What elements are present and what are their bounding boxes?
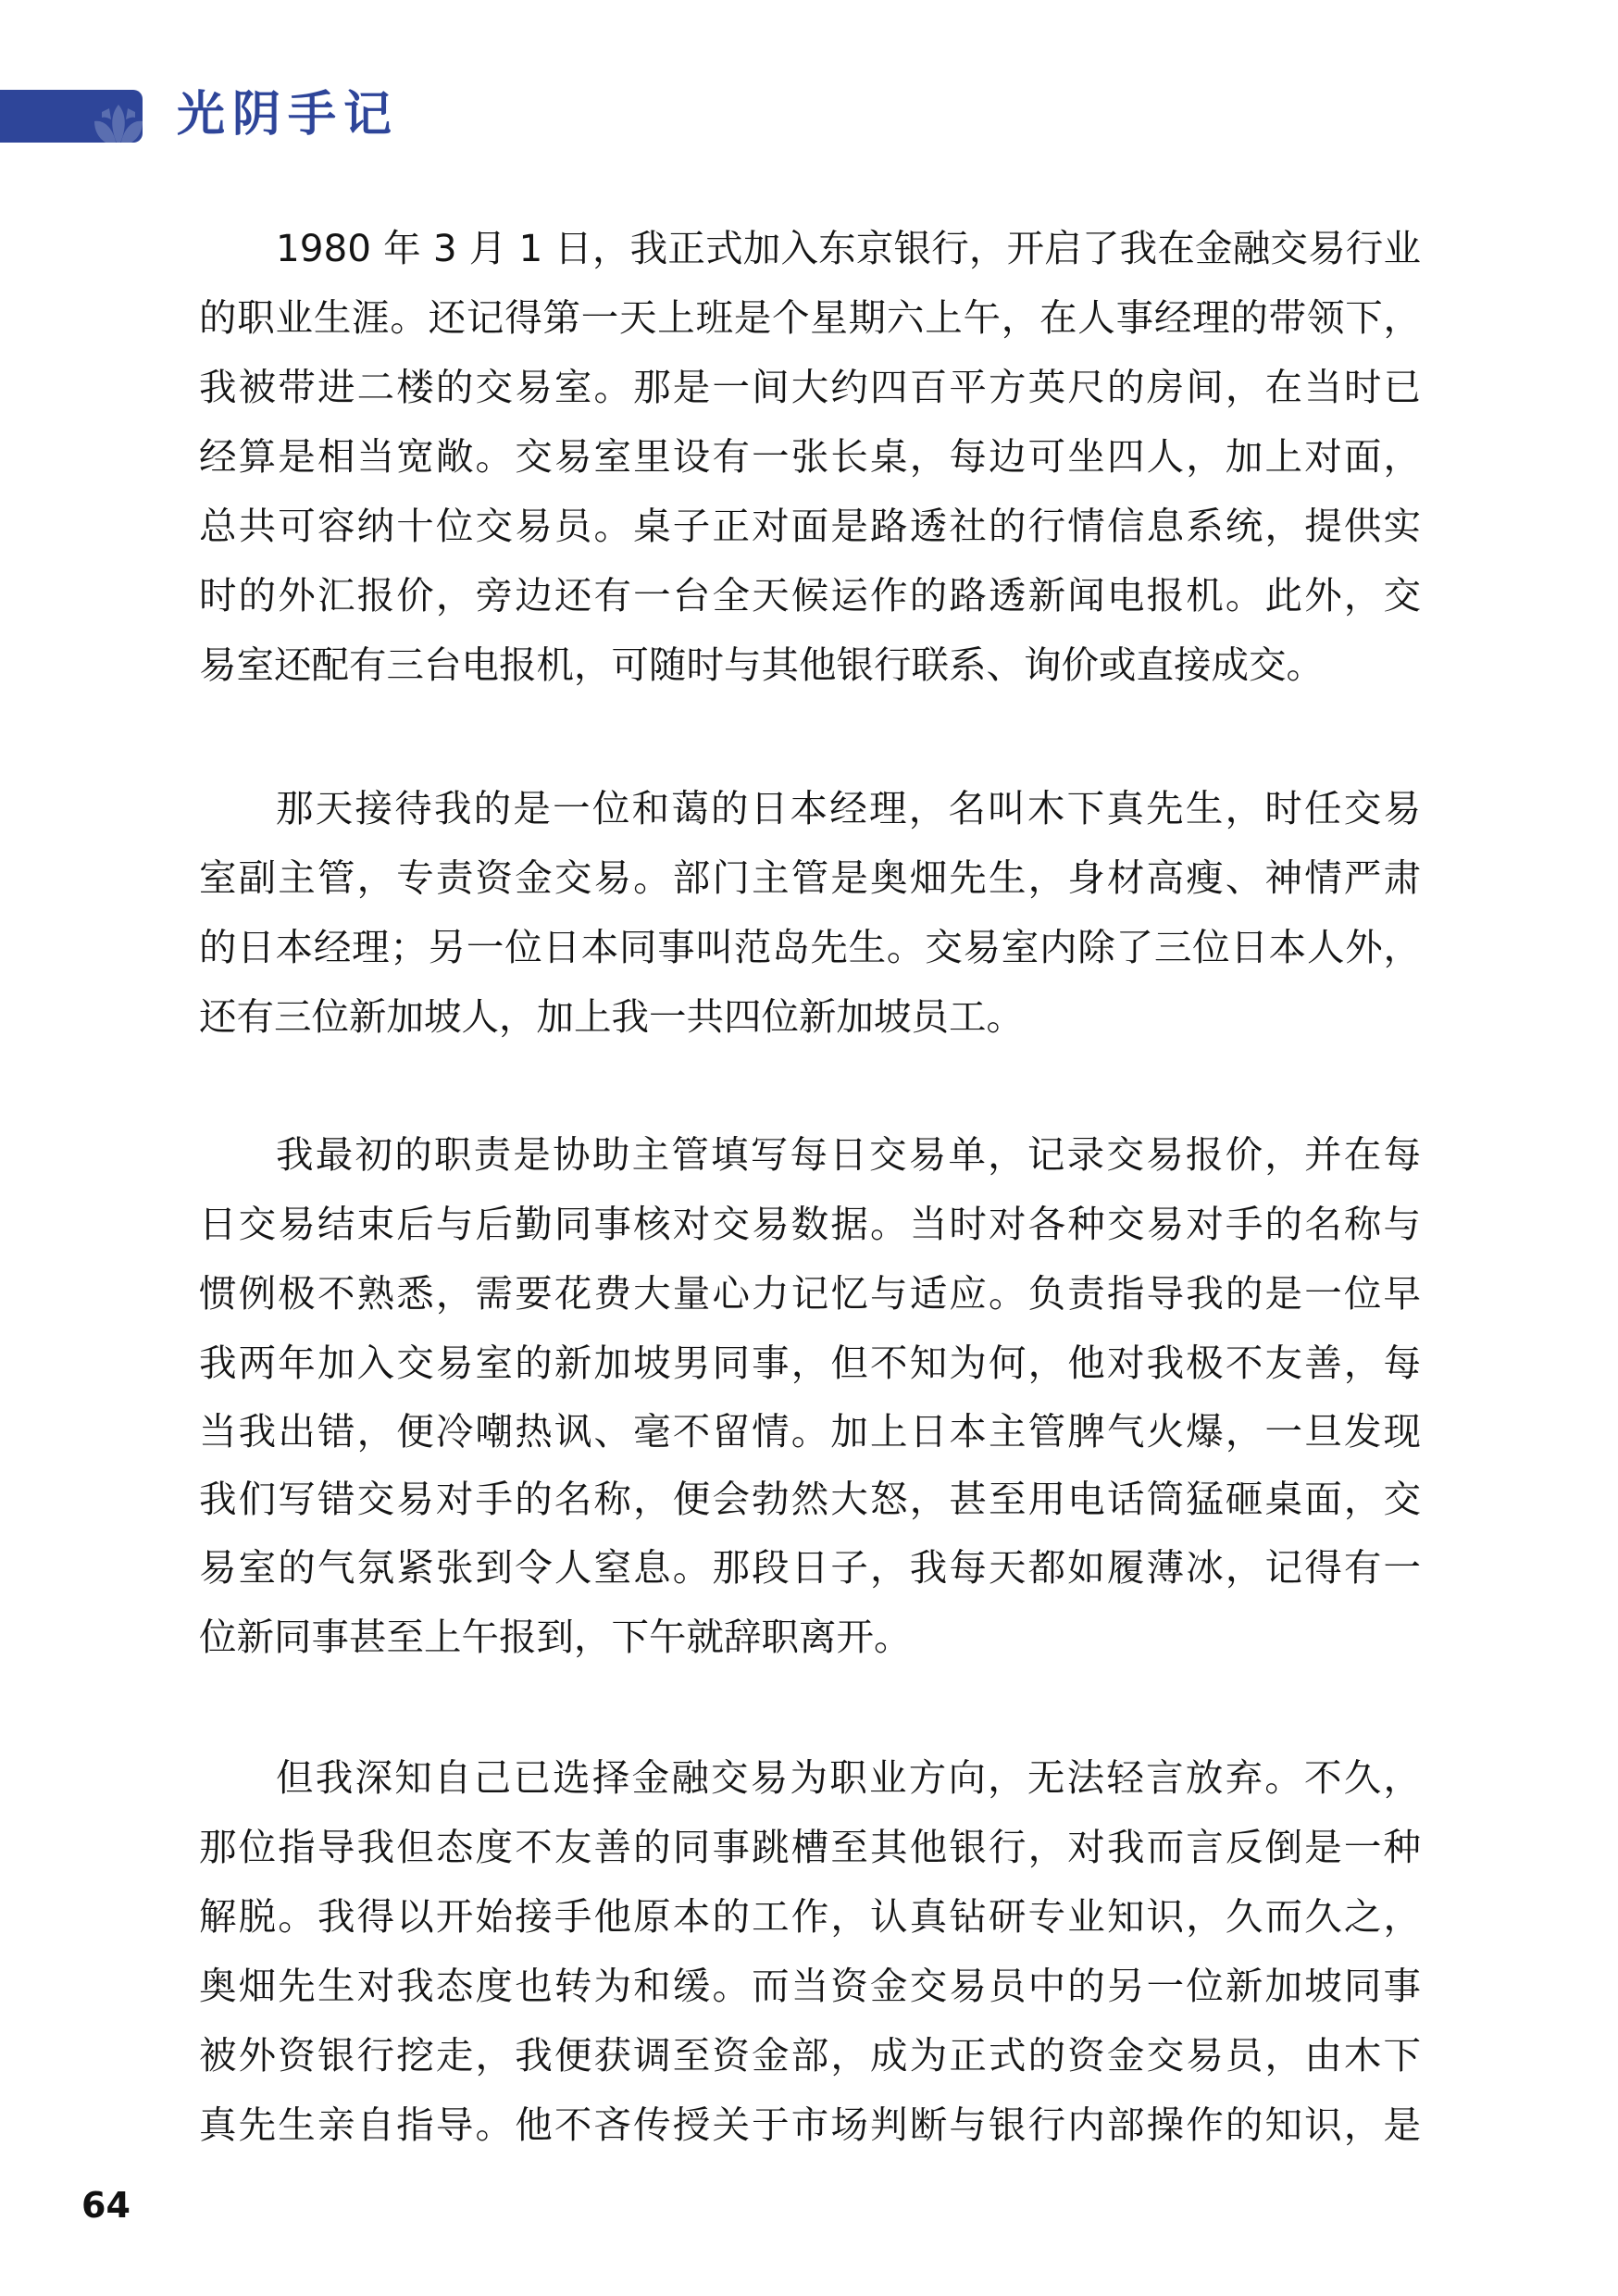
text-line: 室副主管，专责资金交易。部门主管是奥畑先生，身材高瘦、神情严肃: [199, 850, 1421, 905]
text-line: 还有三位新加坡人，加上我一共四位新加坡员工。: [199, 989, 1421, 1044]
text-line: 位新同事甚至上午报到，下午就辞职离开。: [199, 1609, 1421, 1665]
text-line: 日交易结束后与后勤同事核对交易数据。当时对各种交易对手的名称与: [199, 1196, 1421, 1252]
text-line: 我被带进二楼的交易室。那是一间大约四百平方英尺的房间，在当时已: [199, 359, 1421, 415]
text-line: 真先生亲自指导。他不吝传授关于市场判断与银行内部操作的知识，是: [199, 2097, 1421, 2152]
text-line: 那位指导我但态度不友善的同事跳槽至其他银行，对我而言反倒是一种: [199, 1819, 1421, 1875]
text-line: 的日本经理；另一位日本同事叫范岛先生。交易室内除了三位日本人外，: [199, 919, 1421, 975]
text-line: 奥畑先生对我态度也转为和缓。而当资金交易员中的另一位新加坡同事: [199, 1958, 1421, 2014]
text-line: 总共可容纳十位交易员。桌子正对面是路透社的行情信息系统，提供实: [199, 498, 1421, 554]
text-line: 我两年加入交易室的新加坡男同事，但不知为何，他对我极不友善，每: [199, 1335, 1421, 1391]
text-line: 时的外汇报价，旁边还有一台全天候运作的路透新闻电报机。此外，交: [199, 568, 1421, 623]
text-line: 经算是相当宽敞。交易室里设有一张长桌，每边可坐四人，加上对面，: [199, 429, 1421, 484]
header-logo-band: [0, 90, 143, 143]
text-line: 被外资银行挖走，我便获调至资金部，成为正式的资金交易员，由木下: [199, 2028, 1421, 2083]
text-line: 惯例极不熟悉，需要花费大量心力记忆与适应。负责指导我的是一位早: [199, 1266, 1421, 1321]
page-number: 64: [81, 2185, 131, 2226]
lotus-icon: [89, 99, 143, 143]
text-line: 但我深知自己已选择金融交易为职业方向，无法轻言放弃。不久，: [276, 1750, 1421, 1805]
text-line: 1980 年 3 月 1 日，我正式加入东京银行，开启了我在金融交易行业: [276, 220, 1421, 276]
text-line: 当我出错，便冷嘲热讽、毫不留情。加上日本主管脾气火爆，一旦发现: [199, 1404, 1421, 1459]
text-line: 易室的气氛紧张到令人窒息。那段日子，我每天都如履薄冰，记得有一: [199, 1540, 1421, 1595]
book-title: 光阴手记: [177, 87, 399, 143]
text-line: 我们写错交易对手的名称，便会勃然大怒，甚至用电话筒猛砸桌面，交: [199, 1471, 1421, 1527]
text-line: 那天接待我的是一位和蔼的日本经理，名叫木下真先生，时任交易: [276, 780, 1421, 836]
text-line: 的职业生涯。还记得第一天上班是个星期六上午，在人事经理的带领下，: [199, 290, 1421, 345]
text-line: 我最初的职责是协助主管填写每日交易单，记录交易报价，并在每: [276, 1127, 1421, 1182]
text-line: 易室还配有三台电报机，可随时与其他银行联系、询价或直接成交。: [199, 637, 1421, 693]
text-line: 解脱。我得以开始接手他原本的工作，认真钻研专业知识，久而久之，: [199, 1889, 1421, 1944]
